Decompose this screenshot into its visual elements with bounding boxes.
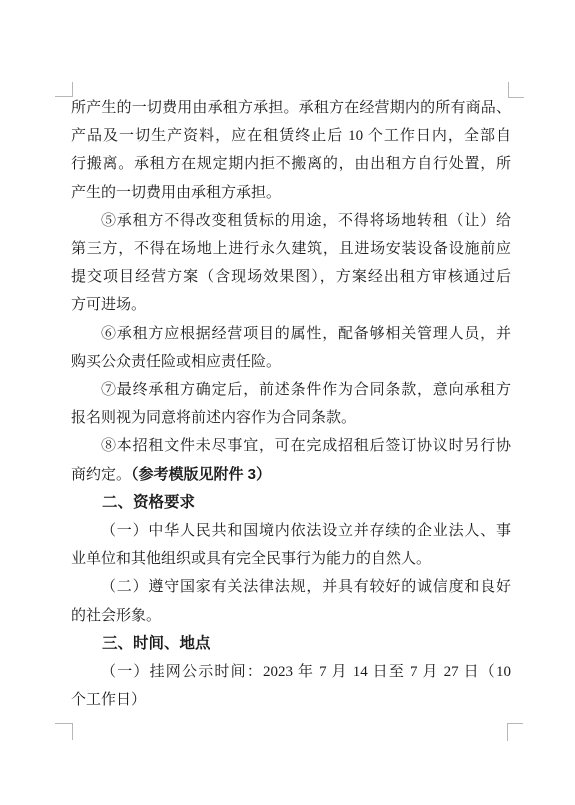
doc-line-clause-5: ⑤承租方不得改变租赁标的用途，不得将场地转租（让）给 [71,207,511,235]
doc-line-clause-8: ⑧本招租文件未尽事宜，可在完成招租后签订协议时另行协 [71,432,511,460]
doc-line-item-2: （二）遵守国家有关法律法规，并具有较好的诚信度和良好 [71,573,511,601]
doc-line: 第三方，不得在场地上进行永久建筑，且进场安装设备设施前应 [71,235,511,263]
doc-line: 的社会形象。 [71,602,511,630]
doc-line: 方可进场。 [71,291,511,319]
doc-line-publicity-time: （一）挂网公示时间：2023 年 7 月 14 日至 7 月 27 日（10 [71,658,511,686]
doc-line-text: 商约定。 [71,467,131,483]
doc-line: 报名则视为同意将前述内容作为合同条款。 [71,404,511,432]
crop-mark-bottom-left [55,723,73,740]
doc-line: 所产生的一切费用由承租方承担。承租方在经营期内的所有商品、 [71,94,511,122]
crop-mark-bottom-right [507,723,523,741]
doc-line-item-1: （一）中华人民共和国境内依法设立并存续的企业法人、事 [71,517,511,545]
attachment-reference: （参考模版见附件 3） [131,466,271,483]
doc-line: 业单位和其他组织或具有完全民事行为能力的自然人。 [71,545,511,573]
doc-line-clause-6: ⑥承租方应根据经营项目的属性，配备够相关管理人员，并 [71,320,511,348]
doc-line: 购买公众责任险或相应责任险。 [71,348,511,376]
section-heading-time-place: 三、时间、地点 [71,630,511,658]
document-page: 所产生的一切费用由承租方承担。承租方在经营期内的所有商品、 产品及一切生产资料，… [0,0,575,805]
document-page-view: { "page": { "background": "#ffffff", "te… [0,0,575,805]
doc-line-clause-7: ⑦最终承租方确定后，前述条件作为合同条款，意向承租方 [71,376,511,404]
doc-line: 商约定。（参考模版见附件 3） [71,461,511,489]
section-heading-qualification-requirements: 二、资格要求 [71,489,511,517]
doc-line: 产生的一切费用由承租方承担。 [71,179,511,207]
doc-line: 提交项目经营方案（含现场效果图），方案经出租方审核通过后 [71,263,511,291]
doc-line: 产品及一切生产资料，应在租赁终止后 10 个工作日内，全部自 [71,122,511,150]
document-text-area: 所产生的一切费用由承租方承担。承租方在经营期内的所有商品、 产品及一切生产资料，… [71,94,511,714]
doc-line: 行搬离。承租方在规定期内拒不搬离的，由出租方自行处置，所 [71,150,511,178]
doc-line: 个工作日） [71,686,511,714]
